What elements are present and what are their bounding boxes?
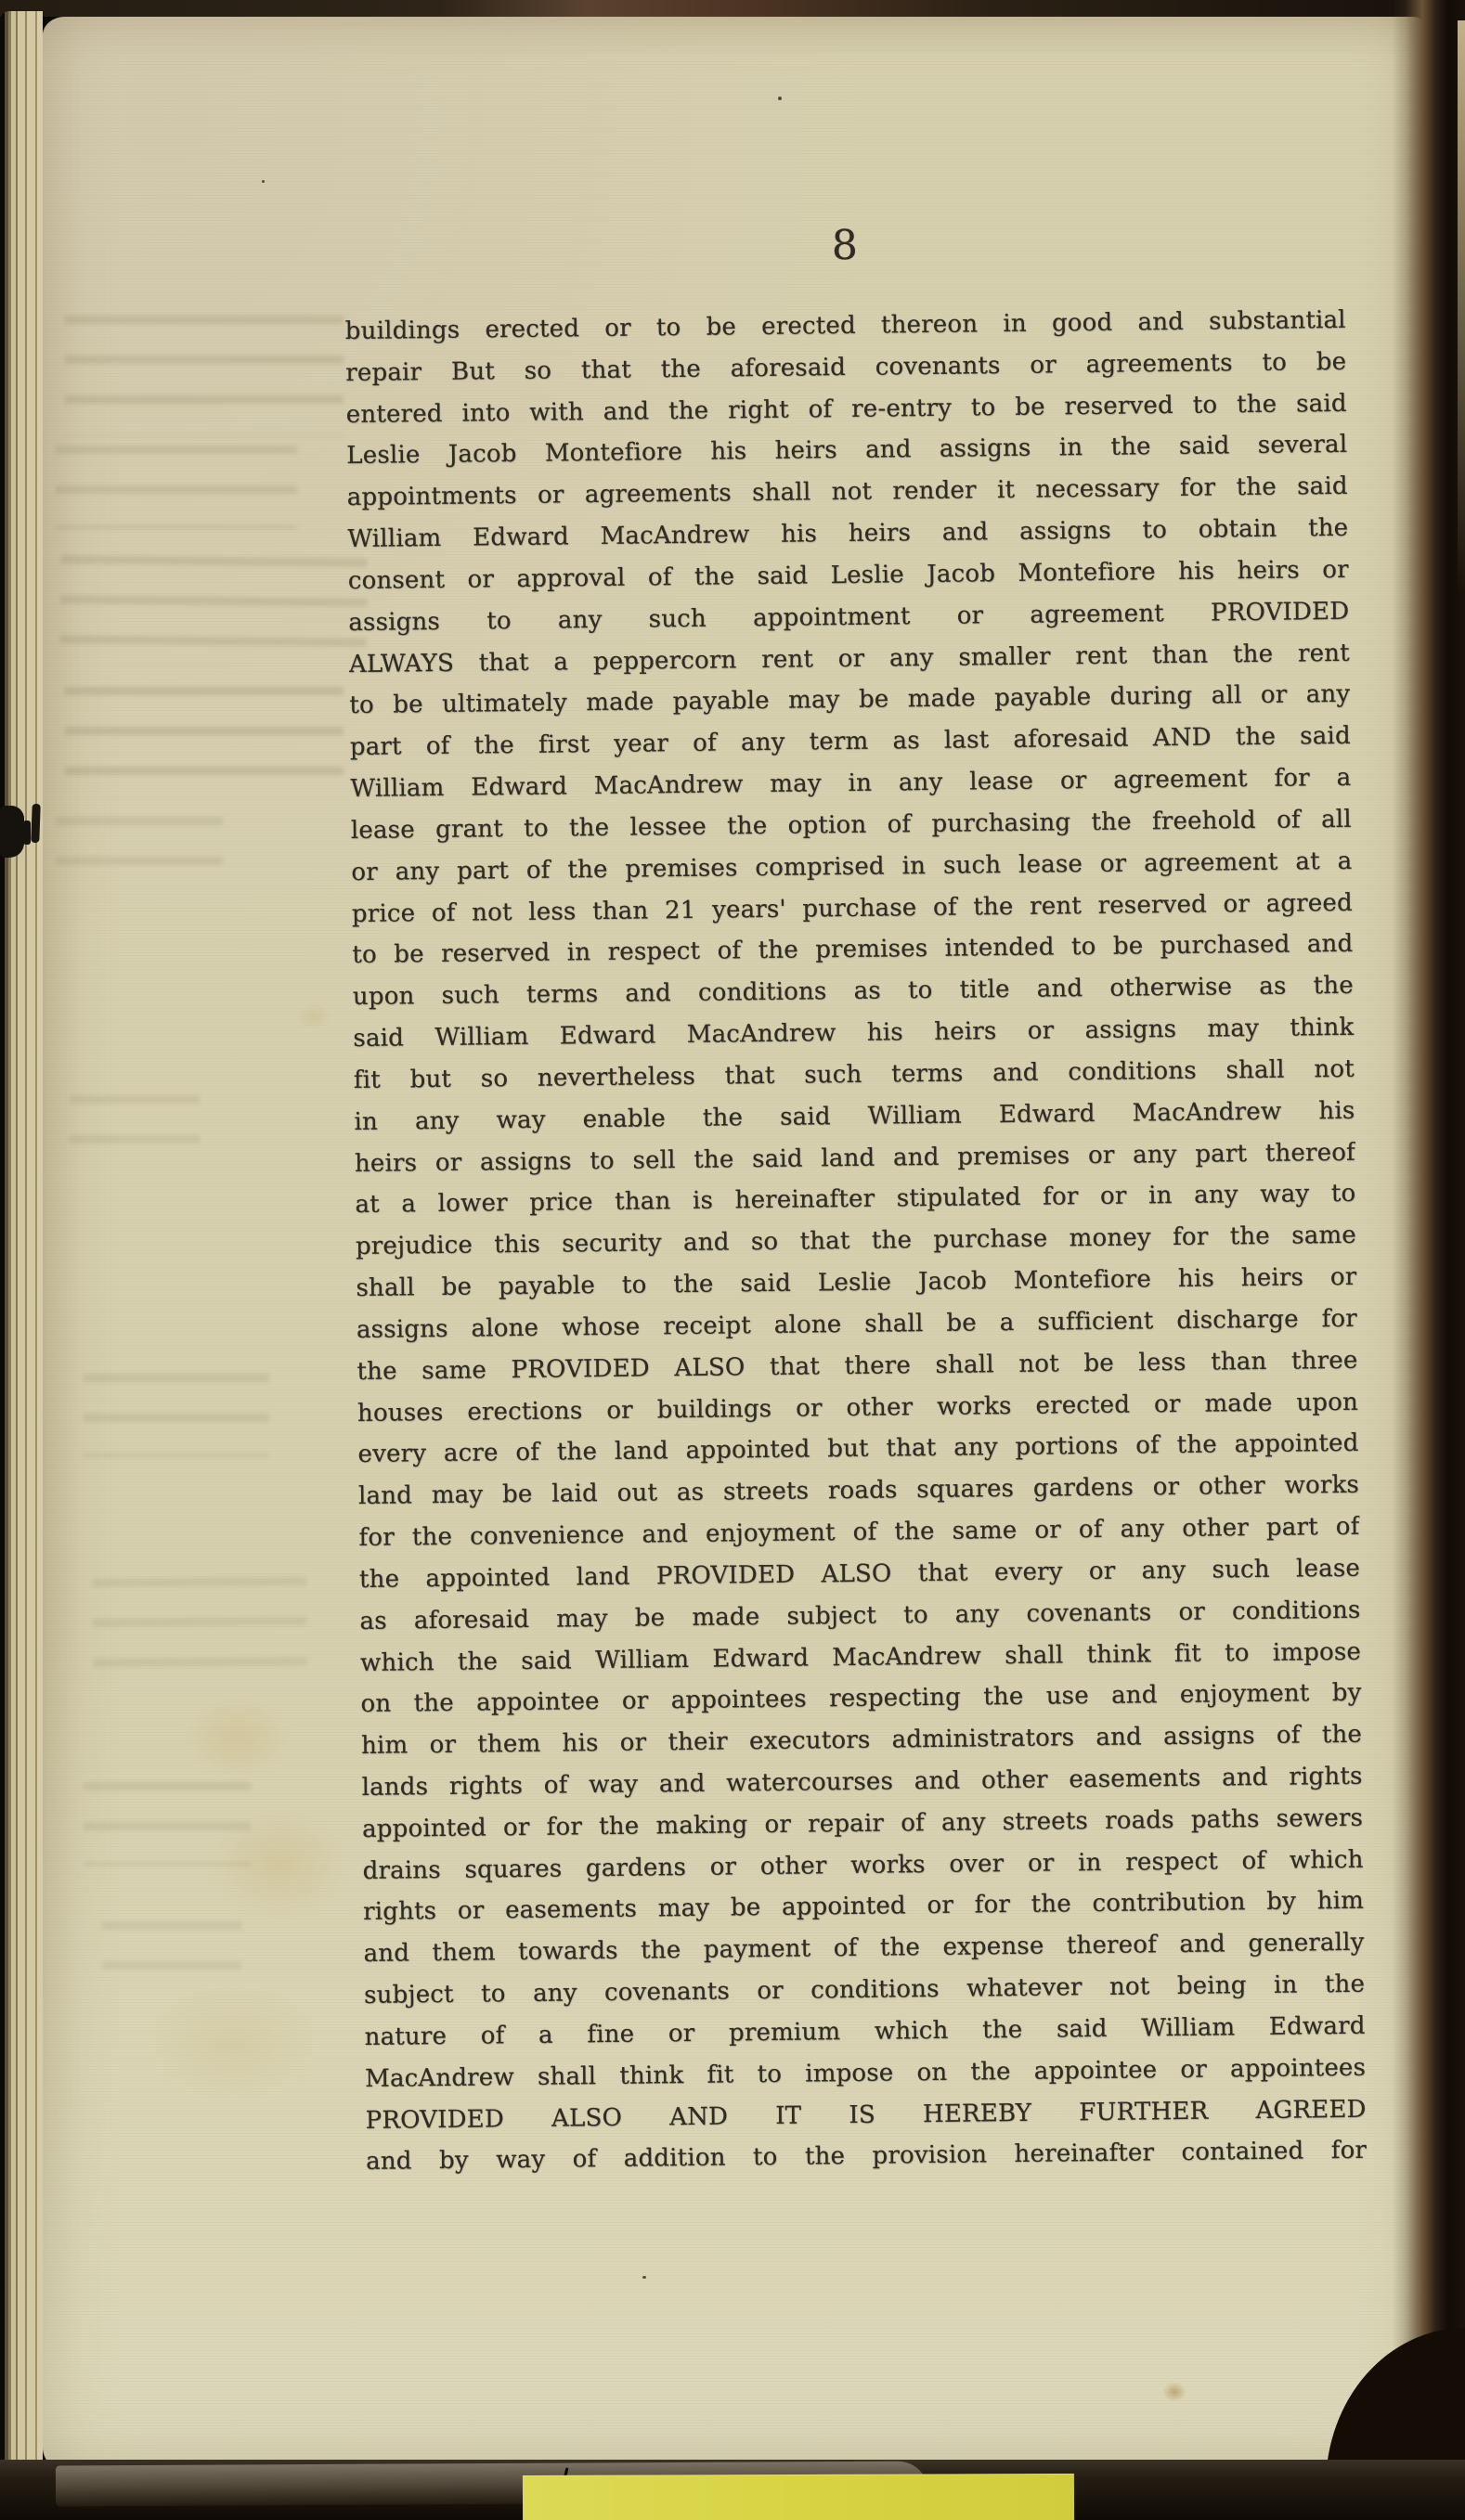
book-scan: 8 buildings erected or to be erected the… [0,0,1465,2520]
page-marker-clip [23,821,31,845]
book-gutter-shadow [1393,0,1465,2520]
deed-text-block: buildings erected or to be erected there… [345,300,1368,2183]
page-marker-clip [0,806,24,858]
facing-page-edge [1458,20,1465,596]
page-number: 8 [344,216,1346,275]
book-top-edge [0,0,1465,17]
page-stack-edge [0,11,43,2488]
yellow-note [523,2474,1074,2520]
page-marker-clip-small [31,804,40,843]
book-page: 8 buildings erected or to be erected the… [43,17,1428,2475]
printed-content: 8 buildings erected or to be erected the… [43,17,1428,2475]
